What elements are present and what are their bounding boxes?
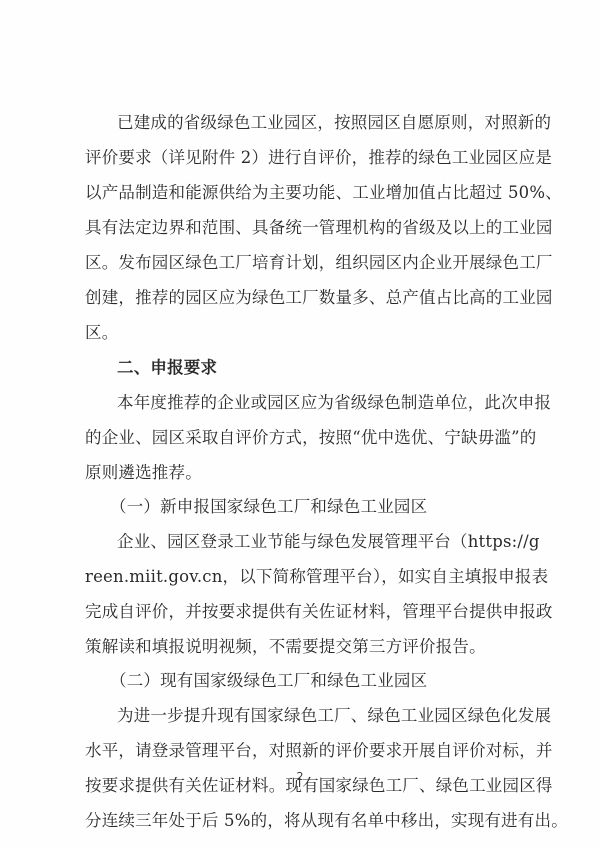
paragraph-line: 策解读和填报说明视频，不需要提交第三方评价报告。: [85, 637, 515, 657]
paragraph-line: reen.miit.gov.cn，以下简称管理平台），如实自主填报申报表: [85, 567, 515, 587]
paragraph-line: 为进一步提升现有国家绿色工厂、绿色工业园区绿色化发展: [117, 706, 515, 726]
paragraph-line: 完成自评价，并按要求提供有关佐证材料，管理平台提供申报政: [85, 602, 515, 622]
paragraph-line: 水平，请登录管理平台，对照新的评价要求开展自评价对标，并: [85, 741, 515, 761]
page-number: 2: [0, 770, 600, 783]
paragraph-line: 创建，推荐的园区应为绿色工厂数量多、总产值占比高的工业园: [85, 288, 515, 308]
section-heading: 二、申报要求: [117, 358, 515, 378]
paragraph-line: 原则遴选推荐。: [85, 463, 515, 483]
subsection-heading: （一）新申报国家绿色工厂和绿色工业园区: [110, 497, 430, 517]
paragraph-line: 分连续三年处于后 5%的，将从现有名单中移出，实现有进有出。: [85, 811, 515, 831]
paragraph-line: 的企业、园区采取自评价方式，按照“优中选优、宁缺毋滥”的: [85, 428, 515, 448]
paragraph-line: 以产品制造和能源供给为主要功能、工业增加值占比超过 50%、: [85, 183, 515, 203]
paragraph-line: 区。: [85, 323, 515, 343]
paragraph-line: 具有法定边界和范围、具备统一管理机构的省级及以上的工业园: [85, 218, 515, 238]
paragraph-line: 评价要求（详见附件 2）进行自评价，推荐的绿色工业园区应是: [85, 148, 515, 168]
paragraph-line: 区。发布园区绿色工厂培育计划，组织园区内企业开展绿色工厂: [85, 253, 515, 273]
paragraph-line: 企业、园区登录工业节能与绿色发展管理平台（https://g: [117, 532, 515, 552]
paragraph-line: 本年度推荐的企业或园区应为省级绿色制造单位，此次申报: [117, 393, 515, 413]
paragraph-line: 已建成的省级绿色工业园区，按照园区自愿原则，对照新的: [117, 113, 515, 133]
subsection-heading: （二）现有国家级绿色工厂和绿色工业园区: [110, 671, 430, 691]
document-page: 已建成的省级绿色工业园区，按照园区自愿原则，对照新的 评价要求（详见附件 2）进…: [0, 0, 600, 848]
